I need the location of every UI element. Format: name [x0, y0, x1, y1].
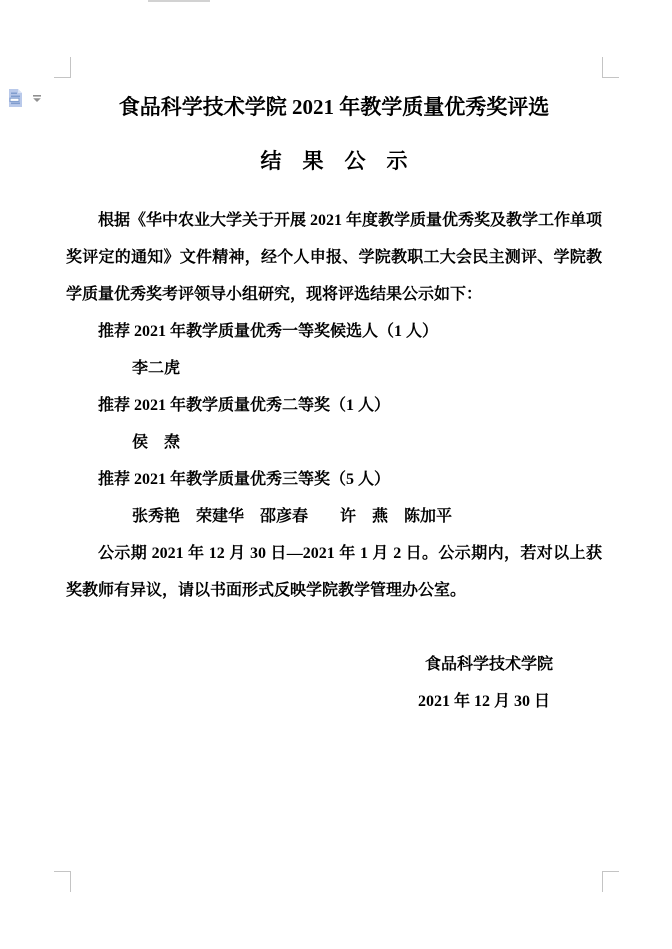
award-2-names: 侯 焘 — [66, 424, 602, 461]
signature-date: 2021 年 12 月 30 日 — [66, 683, 602, 720]
award-3-names: 张秀艳 荣建华 邵彦春 许 燕 陈加平 — [66, 498, 602, 535]
closing-paragraph: 公示期 2021 年 12 月 30 日—2021 年 1 月 2 日。公示期内… — [66, 535, 602, 609]
paste-options-button[interactable] — [6, 88, 42, 108]
award-1-names: 李二虎 — [66, 350, 602, 387]
doc-title-line1: 食品科学技术学院 2021 年教学质量优秀奖评选 — [66, 90, 602, 124]
award-1-heading: 推荐 2021 年教学质量优秀一等奖候选人（1 人） — [66, 313, 602, 350]
margin-mark-bottom-left — [54, 871, 71, 892]
award-2-heading: 推荐 2021 年教学质量优秀二等奖（1 人） — [66, 387, 602, 424]
award-3-heading: 推荐 2021 年教学质量优秀三等奖（5 人） — [66, 461, 602, 498]
doc-body: 根据《华中农业大学关于开展 2021 年度教学质量优秀奖及教学工作单项奖评定的通… — [66, 202, 602, 720]
margin-mark-bottom-right — [602, 871, 619, 892]
intro-paragraph: 根据《华中农业大学关于开展 2021 年度教学质量优秀奖及教学工作单项奖评定的通… — [66, 202, 602, 313]
document-page: 食品科学技术学院 2021 年教学质量优秀奖评选 结 果 公 示 根据《华中农业… — [66, 0, 602, 720]
document-icon — [6, 88, 26, 108]
doc-title-line2: 结 果 公 示 — [66, 144, 602, 178]
blank-line — [66, 609, 602, 646]
dropdown-arrow-icon[interactable] — [32, 94, 42, 103]
signature-org: 食品科学技术学院 — [66, 646, 602, 683]
margin-mark-top-right — [602, 57, 619, 78]
